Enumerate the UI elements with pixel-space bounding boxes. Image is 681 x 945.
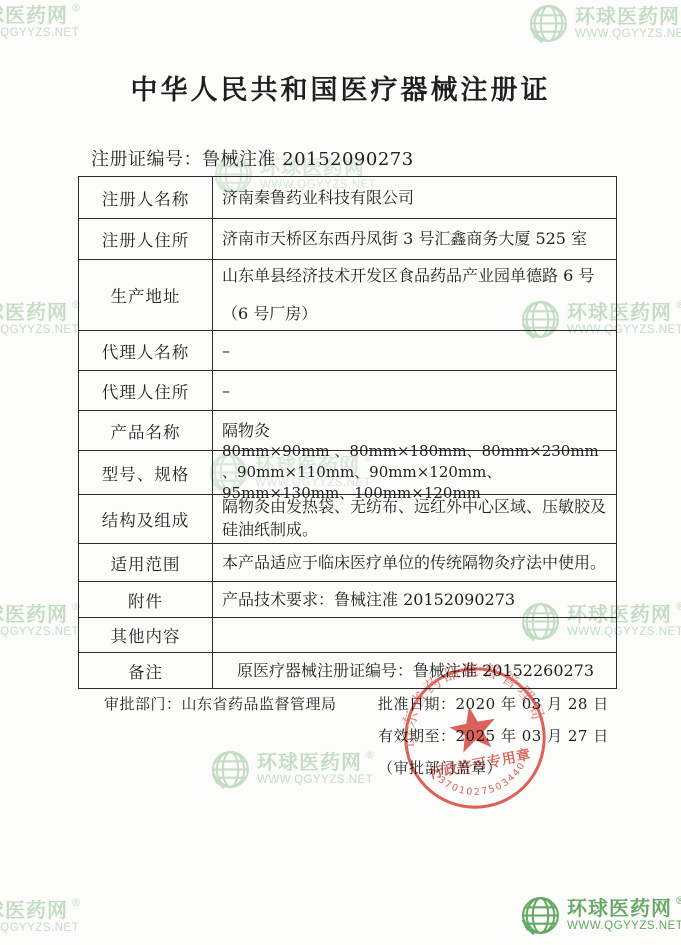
row-label: 生产地址 [79, 260, 213, 330]
certificate-page: { "page": { "title": "中华人民共和国医疗器械注册证" },… [0, 0, 681, 945]
row-value: 80mm×90mm 、80mm×180mm、80mm×230mm 、90mm×1… [213, 451, 616, 494]
site-watermark: 环球医药网 ® WWW.QGYYZS.NET [520, 895, 681, 936]
watermark-brand: 环球医药网 [0, 303, 68, 324]
valid-until-line: 有效期至：2025 年 03 月 27 日 [378, 725, 609, 746]
row-value [213, 618, 616, 652]
approval-dept-line: 审批部门：山东省药品监督管理局 [104, 693, 337, 714]
row-value: 产品技术要求：鲁械注准 20152090273 [213, 582, 616, 617]
row-label: 注册人名称 [79, 177, 213, 218]
table-row: 备注 原医疗器械注册证编号：鲁械注准 20152260273 [79, 652, 616, 688]
globe-icon [528, 3, 569, 44]
row-value: 原医疗器械注册证编号：鲁械注准 20152260273 [213, 653, 616, 688]
row-value: 本产品适应于临床医疗单位的传统隔物灸疗法中使用。 [213, 544, 616, 581]
registered-trademark-icon: ® [675, 897, 681, 908]
watermark-url: WWW.QGYYZS.NET [0, 324, 81, 336]
table-row: 附件 产品技术要求：鲁械注准 20152090273 [79, 581, 616, 617]
watermark-url: WWW.QGYYZS.NET [0, 922, 81, 934]
table-row: 生产地址 山东单县经济技术开发区食品药品产业园单德路 6 号 （6 号厂房） [79, 259, 616, 330]
row-label: 代理人名称 [79, 331, 213, 370]
registration-number-value: 鲁械注准 20152090273 [202, 149, 414, 170]
row-value: 济南秦鲁药业科技有限公司 [213, 177, 616, 218]
certificate-table: 注册人名称 济南秦鲁药业科技有限公司 注册人住所 济南市天桥区东西丹凤街 3 号… [78, 176, 617, 689]
watermark-url: WWW.QGYYZS.NET [575, 28, 681, 40]
site-watermark: 环球医药网 ® WWW.QGYYZS.NET [0, 601, 81, 642]
row-value: 山东单县经济技术开发区食品药品产业园单德路 6 号 （6 号厂房） [213, 260, 616, 330]
table-row: 注册人名称 济南秦鲁药业科技有限公司 [79, 177, 616, 218]
row-label: 结构及组成 [79, 495, 213, 543]
site-watermark: 环球医药网 ® WWW.QGYYZS.NET [0, 299, 81, 340]
row-label: 其他内容 [79, 618, 213, 652]
row-label: 备注 [79, 653, 213, 688]
approval-footer: 审批部门：山东省药品监督管理局 批准日期：2020 年 03 月 28 日 有效… [0, 686, 681, 806]
site-watermark: 环球医药网 ® WWW.QGYYZS.NET [0, 897, 81, 938]
row-label: 型号、规格 [79, 451, 213, 494]
table-row: 代理人名称 – [79, 330, 616, 370]
watermark-url: WWW.QGYYZS.NET [567, 920, 681, 932]
row-value: – [213, 331, 616, 370]
watermark-brand: 环球医药网 [0, 605, 68, 626]
watermark-url: WWW.QGYYZS.NET [0, 626, 81, 638]
seal-note-line: （审批部门盖章） [378, 757, 609, 778]
row-value: 隔物灸由发热袋、无纺布、远红外中心区域、压敏胶及硅油纸制成。 [213, 495, 616, 543]
table-row: 其他内容 [79, 617, 616, 652]
watermark-brand: 环球医药网 [0, 6, 68, 27]
registered-trademark-icon: ® [71, 899, 81, 910]
registration-number-label: 注册证编号： [91, 149, 202, 170]
row-label: 产品名称 [79, 411, 213, 450]
globe-icon [520, 895, 561, 936]
registered-trademark-icon: ® [675, 603, 681, 614]
row-label: 代理人住所 [79, 371, 213, 410]
site-watermark: 环球医药网 ® WWW.QGYYZS.NET [0, 2, 81, 43]
row-label: 附件 [79, 582, 213, 617]
registration-number-line: 注册证编号：鲁械注准 20152090273 [91, 145, 414, 171]
table-row: 结构及组成 隔物灸由发热袋、无纺布、远红外中心区域、压敏胶及硅油纸制成。 [79, 494, 616, 543]
site-watermark: 环球医药网 ® WWW.QGYYZS.NET [528, 3, 681, 44]
row-value: 济南市天桥区东西丹凤街 3 号汇鑫商务大厦 525 室 [213, 219, 616, 259]
approval-date-line: 批准日期：2020 年 03 月 28 日 [378, 693, 609, 714]
row-label: 注册人住所 [79, 219, 213, 259]
page-title: 中华人民共和国医疗器械注册证 [0, 68, 681, 107]
watermark-brand: 环球医药网 [0, 901, 68, 922]
row-value: – [213, 371, 616, 410]
registered-trademark-icon: ® [675, 301, 681, 312]
table-row: 型号、规格 80mm×90mm 、80mm×180mm、80mm×230mm 、… [79, 450, 616, 494]
watermark-brand: 环球医药网 [575, 7, 680, 28]
watermark-url: WWW.QGYYZS.NET [0, 27, 81, 39]
table-row: 注册人住所 济南市天桥区东西丹凤街 3 号汇鑫商务大厦 525 室 [79, 218, 616, 259]
row-label: 适用范围 [79, 544, 213, 581]
registered-trademark-icon: ® [71, 4, 81, 15]
table-row: 代理人住所 – [79, 370, 616, 410]
watermark-brand: 环球医药网 [567, 899, 672, 920]
table-row: 适用范围 本产品适应于临床医疗单位的传统隔物灸疗法中使用。 [79, 543, 616, 581]
